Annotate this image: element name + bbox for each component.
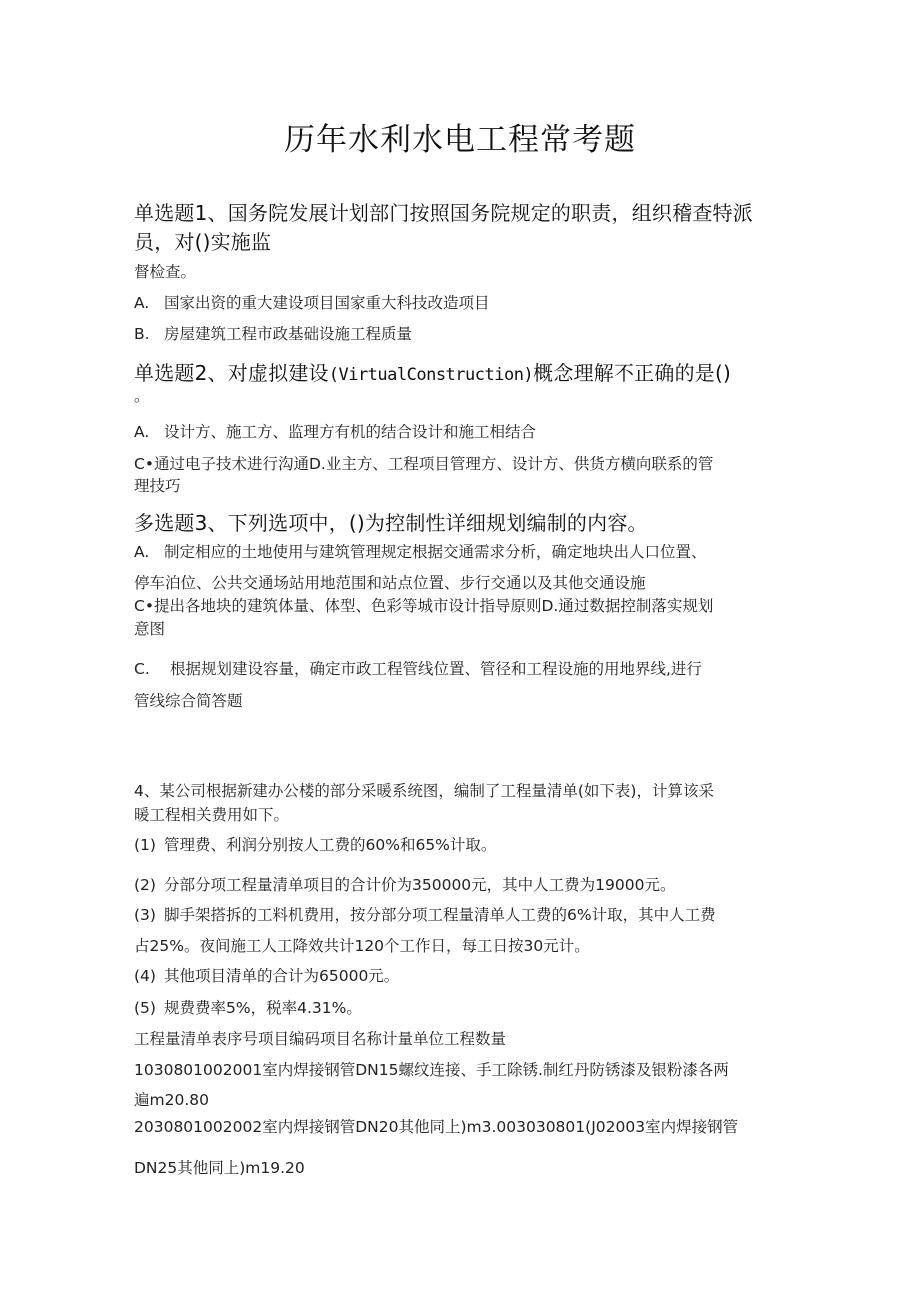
q3-option-c-line2: 管线综合简答题 — [134, 689, 243, 711]
q4-item-3-line2: 占25%。夜间施工人工降效共计120个工作日，每工日按30元计。 — [134, 934, 590, 956]
item-text: 脚手架搭拆的工料机费用，按分部分项工程量清单人工费的6%计取，其中人工费 — [164, 906, 716, 924]
item-number: (2) — [134, 876, 164, 894]
q4-intro-line2: 暖工程相关费用如下。 — [134, 803, 289, 825]
item-number: (3) — [134, 906, 164, 924]
q4-item-2: (2)分部分项工程量清单项目的合计价为350000元，其中人工费为19000元。 — [134, 873, 675, 895]
item-text: 规费费率5%，税率4.31%。 — [164, 999, 362, 1017]
item-number: (5) — [134, 999, 164, 1017]
item-number: (1) — [134, 836, 164, 854]
q2-heading-english: (VirtualConstruction) — [329, 365, 533, 385]
option-letter: B. — [134, 325, 164, 343]
option-text: 房屋建筑工程市政基础设施工程质量 — [164, 325, 412, 343]
q2-heading-prefix: 单选题2、对虚拟建设 — [134, 361, 329, 385]
item-number: (4) — [134, 967, 164, 985]
q3-option-c-line1: C.根据规划建设容量，确定市政工程管线位置、管径和工程设施的用地界线,进行 — [134, 657, 702, 679]
option-text: 根据规划建设容量，确定市政工程管线位置、管径和工程设施的用地界线,进行 — [170, 660, 702, 678]
q4-table-row1-line1: 1030801002001室内焊接钢管DN15螺纹连接、手工除锈.制红丹防锈漆及… — [134, 1058, 729, 1080]
q2-option-a: A.设计方、施工方、监理方有机的结合设计和施工相结合 — [134, 420, 536, 442]
q4-item-5: (5)规费费率5%，税率4.31%。 — [134, 996, 362, 1018]
option-letter: C. — [134, 660, 170, 678]
q1-option-a: A.国家出资的重大建设项目国家重大科技改造项目 — [134, 291, 490, 313]
q2-heading-suffix: 概念理解不正确的是() — [533, 361, 731, 385]
q3-option-cd-line1: C•提出各地块的建筑体量、体型、色彩等城市设计指导原则D.通过数据控制落实规划 — [134, 594, 713, 616]
q4-table-row1-line2: 遍m20.80 — [134, 1088, 209, 1110]
option-text: 制定相应的土地使用与建筑管理规定根据交通需求分析，确定地块出人口位置、 — [164, 543, 707, 561]
q1-continuation: 督检查。 — [134, 260, 196, 282]
q2-heading: 单选题2、对虚拟建设(VirtualConstruction)概念理解不正确的是… — [134, 357, 731, 386]
item-text: 分部分项工程量清单项目的合计价为350000元，其中人工费为19000元。 — [164, 876, 675, 894]
q3-option-a-line2: 停车泊位、公共交通场站用地范围和站点位置、步行交通以及其他交通设施 — [134, 571, 646, 593]
item-text: 管理费、利润分别按人工费的60%和65%计取。 — [164, 836, 496, 854]
q1-heading-line2: 员，对()实施监 — [134, 226, 271, 255]
q1-option-b: B.房屋建筑工程市政基础设施工程质量 — [134, 322, 412, 344]
q4-item-3-line1: (3)脚手架搭拆的工料机费用，按分部分项工程量清单人工费的6%计取，其中人工费 — [134, 903, 716, 925]
q4-table-row2-line2: DN25其他同上)m19.20 — [134, 1156, 305, 1178]
q4-table-header: 工程量清单表序号项目编码项目名称计量单位工程数量 — [134, 1027, 506, 1049]
q4-item-4: (4)其他项目清单的合计为65000元。 — [134, 964, 399, 986]
q4-intro-line1: 4、某公司根据新建办公楼的部分采暖系统图，编制了工程量清单(如下表)，计算该采 — [134, 779, 714, 801]
q2-option-cd-line2: 理技巧 — [134, 474, 181, 496]
q4-item-1: (1)管理费、利润分别按人工费的60%和65%计取。 — [134, 833, 496, 855]
q1-heading-line1: 单选题1、国务院发展计划部门按照国务院规定的职责，组织稽查特派 — [134, 197, 753, 226]
q3-heading: 多选题3、下列选项中，()为控制性详细规划编制的内容。 — [134, 507, 648, 536]
option-letter: A. — [134, 294, 164, 312]
document-title: 历年水利水电工程常考题 — [0, 114, 920, 159]
option-letter: A. — [134, 423, 164, 441]
q3-option-a-line1: A.制定相应的土地使用与建筑管理规定根据交通需求分析，确定地块出人口位置、 — [134, 540, 707, 562]
item-text: 其他项目清单的合计为65000元。 — [164, 967, 399, 985]
document-page: 历年水利水电工程常考题 单选题1、国务院发展计划部门按照国务院规定的职责，组织稽… — [0, 0, 920, 1303]
q4-table-row2-line1: 2030801002002室内焊接钢管DN20其他同上)m3.003030801… — [134, 1115, 738, 1137]
q3-option-cd-line2: 意图 — [134, 617, 165, 639]
option-text: 设计方、施工方、监理方有机的结合设计和施工相结合 — [164, 423, 536, 441]
option-letter: A. — [134, 543, 164, 561]
q2-option-cd-line1: C•通过电子技术进行沟通D.业主方、工程项目管理方、设计方、供货方横向联系的管 — [134, 452, 713, 474]
q2-continuation: 。 — [134, 384, 150, 406]
option-text: 国家出资的重大建设项目国家重大科技改造项目 — [164, 294, 490, 312]
